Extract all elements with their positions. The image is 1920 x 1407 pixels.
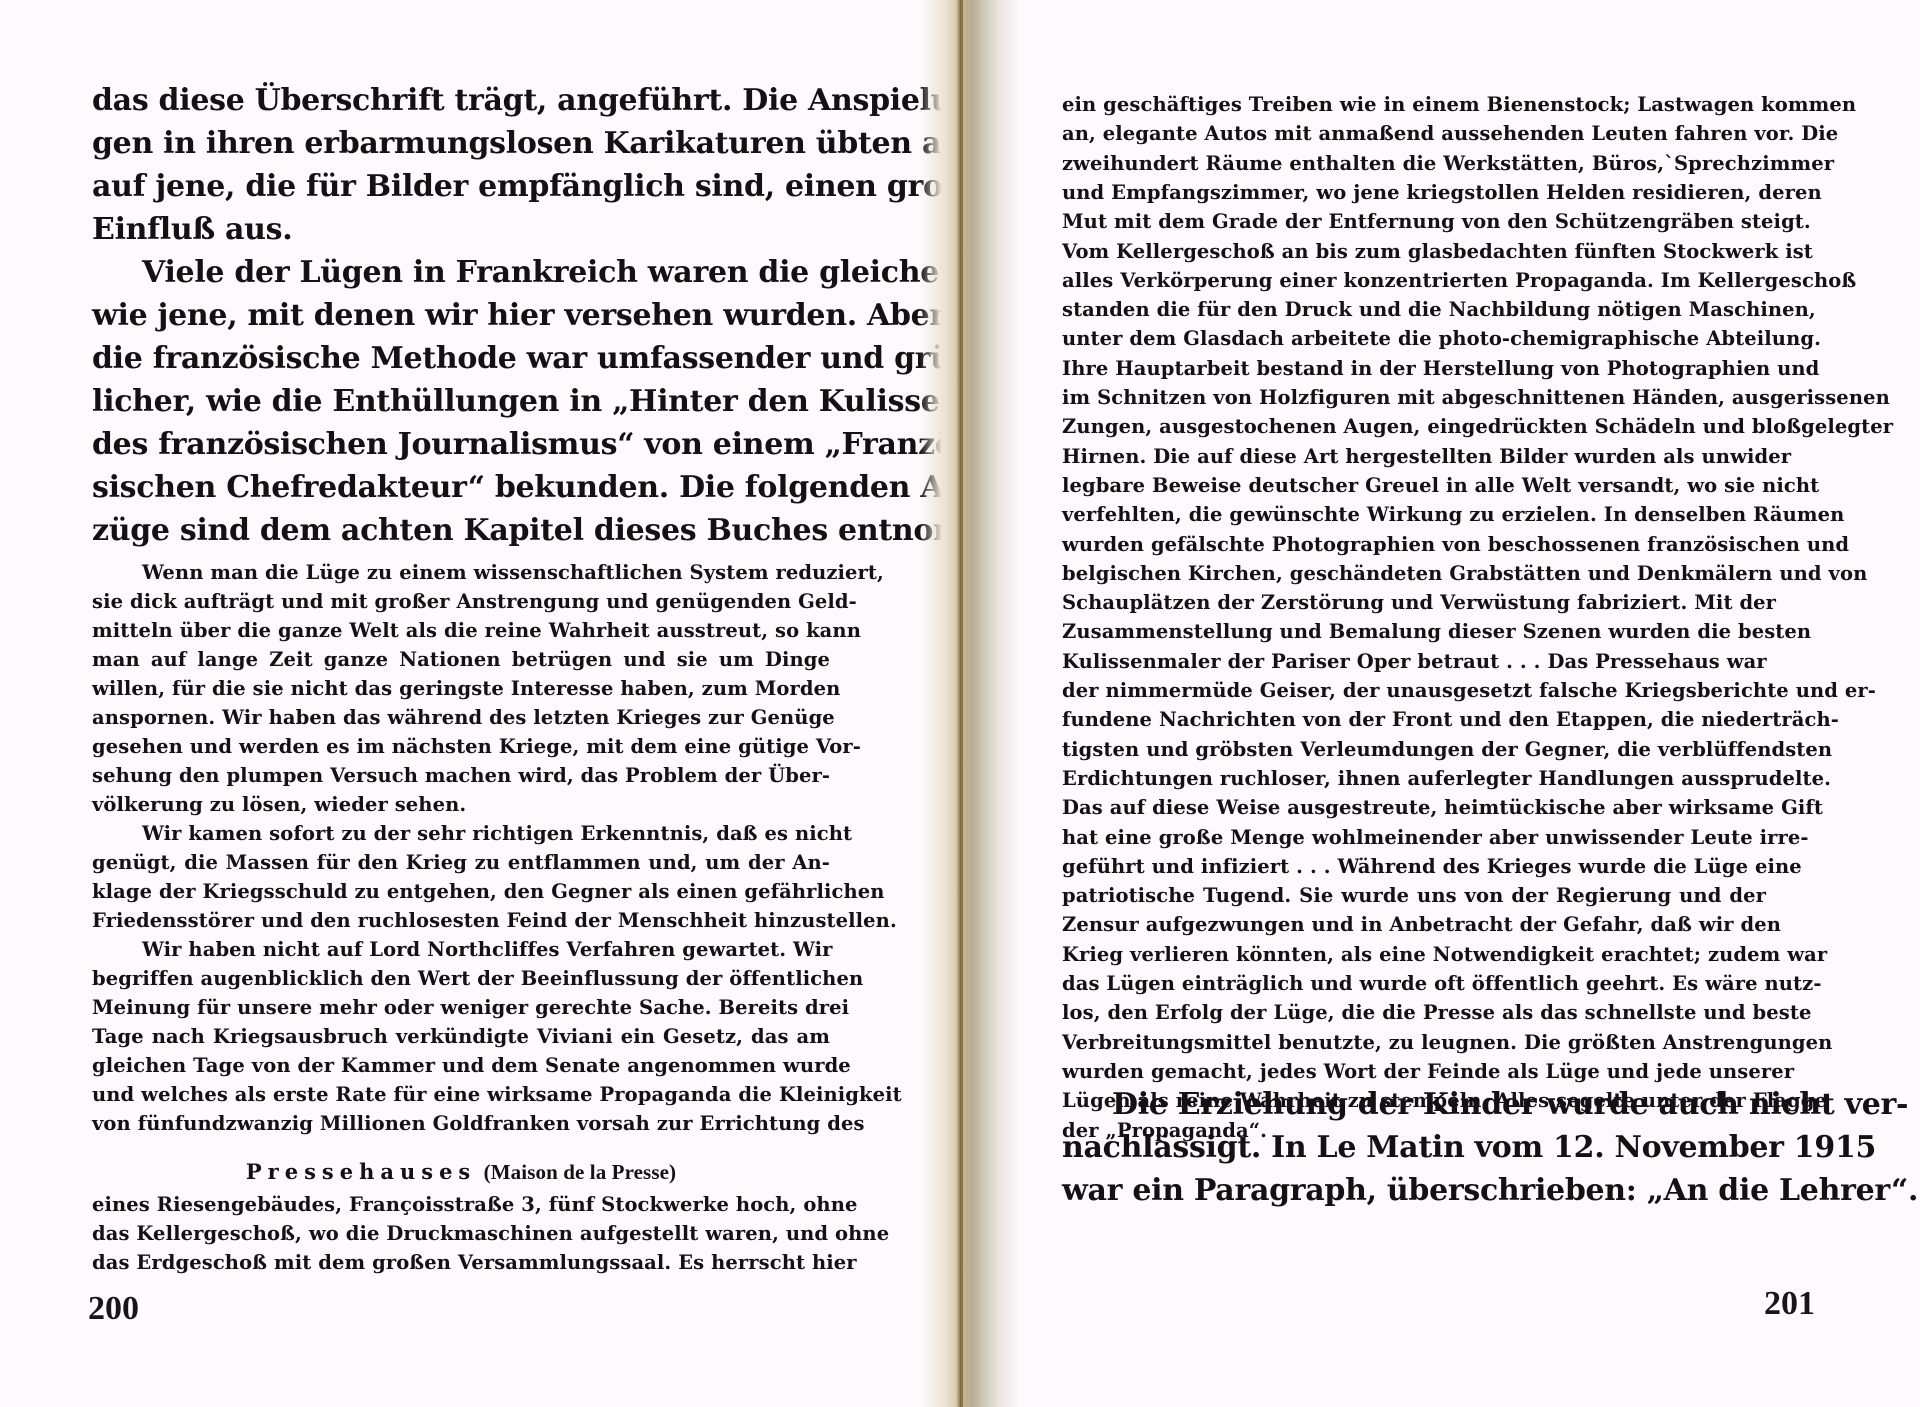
left-page: das diese Überschrift trägt, angeführt. … [0, 0, 960, 1407]
quote-text-line: Ihre Hauptarbeit bestand in der Herstell… [1062, 357, 1766, 380]
quote-text-line: Erdichtungen ruchloser, ihnen auferlegte… [1062, 767, 1766, 790]
quote-text-line: gesehen und werden es im nächsten Kriege… [92, 735, 830, 758]
quote-text-line: Hirnen. Die auf diese Art hergestellten … [1062, 445, 1766, 468]
quote-text-line: ein geschäftiges Treiben wie in einem Bi… [1062, 93, 1766, 116]
quote-text-line: Kulissenmaler der Pariser Oper betraut .… [1062, 650, 1766, 673]
body-text-line: das diese Überschrift trägt, angeführt. … [92, 83, 830, 118]
quote-text-line: völkerung zu lösen, wieder sehen. [92, 793, 466, 816]
quote-text-line: sehung den plumpen Versuch machen wird, … [92, 764, 830, 787]
body-text-line: sischen Chefredakteur“ bekunden. Die fol… [92, 470, 830, 505]
quote-text-line: und welches als erste Rate für eine wirk… [92, 1083, 830, 1106]
quote-text-line: begriffen augenblicklich den Wert der Be… [92, 967, 830, 990]
quote-text-line: Wenn man die Lüge zu einem wissenschaftl… [142, 561, 830, 584]
quote-text-line: belgischen Kirchen, geschändeten Grabstä… [1062, 562, 1766, 585]
quote-text-line: legbare Beweise deutscher Greuel in alle… [1062, 474, 1766, 497]
quote-text-line: Krieg verlieren könnten, als eine Notwen… [1062, 943, 1766, 966]
quote-text-line: Meinung für unsere mehr oder weniger ger… [92, 996, 830, 1019]
page-number: 201 [1764, 1285, 1815, 1323]
quote-text-line: Zensur aufgezwungen und in Anbetracht de… [1062, 913, 1766, 936]
quote-text-line: Das auf diese Weise ausgestreute, heimtü… [1062, 796, 1766, 819]
quote-text-line: fundene Nachrichten von der Front und de… [1062, 708, 1766, 731]
body-text-line: züge sind dem achten Kapitel dieses Buch… [92, 513, 830, 548]
quote-text-line: Mut mit dem Grade der Entfernung von den… [1062, 210, 1766, 233]
heading-roman-text: (Maison de la Presse) [484, 1160, 676, 1184]
page-number: 200 [88, 1290, 139, 1328]
quote-text-line: patriotische Tugend. Sie wurde uns von d… [1062, 884, 1766, 907]
heading-spaced-word: Pressehauses [246, 1159, 476, 1184]
body-text-line: nachlässigt. In Le Matin vom 12. Novembe… [1062, 1130, 1766, 1165]
quote-text-line: Schauplätzen der Zerstörung und Verwüstu… [1062, 591, 1766, 614]
body-text-line: Viele der Lügen in Frankreich waren die … [142, 255, 830, 290]
quote-text-line: gleichen Tage von der Kammer und dem Sen… [92, 1054, 830, 1077]
section-heading: Pressehauses (Maison de la Presse) [92, 1159, 830, 1185]
body-text-line: die französische Methode war umfassender… [92, 341, 830, 376]
body-text-line: war ein Paragraph, überschrieben: „An di… [1062, 1173, 1766, 1208]
quote-text-line: genügt, die Massen für den Krieg zu entf… [92, 851, 830, 874]
quote-text-line: verfehlten, die gewünschte Wirkung zu er… [1062, 503, 1766, 526]
body-text-line: licher, wie die Enthüllungen in „Hinter … [92, 384, 830, 419]
quote-text-line: Verbreitungsmittel benutzte, zu leugnen.… [1062, 1031, 1766, 1054]
quote-text-line: von fünfundzwanzig Millionen Goldfranken… [92, 1112, 830, 1135]
body-text-line: Einfluß aus. [92, 212, 292, 247]
quote-text-line: Friedensstörer und den ruchlosesten Fein… [92, 909, 830, 932]
quote-text-line: Zungen, ausgestochenen Augen, eingedrück… [1062, 415, 1766, 438]
quote-text-line: man auf lange Zeit ganze Nationen betrüg… [92, 648, 830, 671]
quote-text-line: mitteln über die ganze Welt als die rein… [92, 619, 830, 642]
quote-text-line: alles Verkörperung einer konzentrierten … [1062, 269, 1766, 292]
binding-line [960, 0, 963, 1407]
quote-text-line: das Erdgeschoß mit dem großen Versammlun… [92, 1251, 830, 1274]
quote-text-line: im Schnitzen von Holzfiguren mit abgesch… [1062, 386, 1766, 409]
quote-text-line: das Kellergeschoß, wo die Druckmaschinen… [92, 1222, 830, 1245]
quote-text-line: Wir kamen sofort zu der sehr richtigen E… [142, 822, 830, 845]
quote-text-line: unter dem Glasdach arbeitete die photo-c… [1062, 327, 1766, 350]
body-text-line: Die Erziehung der Kinder wurde auch nich… [1112, 1087, 1766, 1122]
quote-text-line: Tage nach Kriegsausbruch verkündigte Viv… [92, 1025, 830, 1048]
quote-text-line: los, den Erfolg der Lüge, die die Presse… [1062, 1001, 1766, 1024]
quote-text-line: und Empfangszimmer, wo jene kriegstollen… [1062, 181, 1766, 204]
quote-text-line: tigsten und gröbsten Verleumdungen der G… [1062, 738, 1766, 761]
body-text-line: wie jene, mit denen wir hier versehen wu… [92, 298, 830, 333]
quote-text-line: hat eine große Menge wohlmeinender aber … [1062, 826, 1766, 849]
quote-text-line: Wir haben nicht auf Lord Northcliffes Ve… [142, 938, 830, 961]
quote-text-line: Vom Kellergeschoß an bis zum glasbedacht… [1062, 240, 1766, 263]
quote-text-line: willen, für die sie nicht das geringste … [92, 677, 830, 700]
body-text-line: des französischen Journalismus“ von eine… [92, 427, 830, 462]
quote-text-line: anspornen. Wir haben das während des let… [92, 706, 830, 729]
quote-text-line: an, elegante Autos mit anmaßend aussehen… [1062, 122, 1766, 145]
quote-text-line: zweihundert Räume enthalten die Werkstät… [1062, 152, 1766, 175]
body-text-line: gen in ihren erbarmungslosen Karikaturen… [92, 126, 830, 161]
quote-text-line: geführt und infiziert . . . Während des … [1062, 855, 1766, 878]
quote-text-line: Zusammenstellung und Bemalung dieser Sze… [1062, 620, 1766, 643]
book-gutter [920, 0, 1020, 1407]
quote-text-line: eines Riesengebäudes, Françoisstraße 3, … [92, 1193, 830, 1216]
quote-text-line: wurden gemacht, jedes Wort der Feinde al… [1062, 1060, 1766, 1083]
quote-text-line: standen die für den Druck und die Nachbi… [1062, 298, 1766, 321]
quote-text-line: klage der Kriegsschuld zu entgehen, den … [92, 880, 830, 903]
quote-text-line: sie dick aufträgt und mit großer Anstren… [92, 590, 830, 613]
right-page: ein geschäftiges Treiben wie in einem Bi… [960, 0, 1920, 1407]
body-text-line: auf jene, die für Bilder empfänglich sin… [92, 169, 830, 204]
quote-text-line: wurden gefälschte Photographien von besc… [1062, 533, 1766, 556]
quote-text-line: das Lügen einträglich und wurde oft öffe… [1062, 972, 1766, 995]
quote-text-line: der nimmermüde Geiser, der unausgesetzt … [1062, 679, 1766, 702]
